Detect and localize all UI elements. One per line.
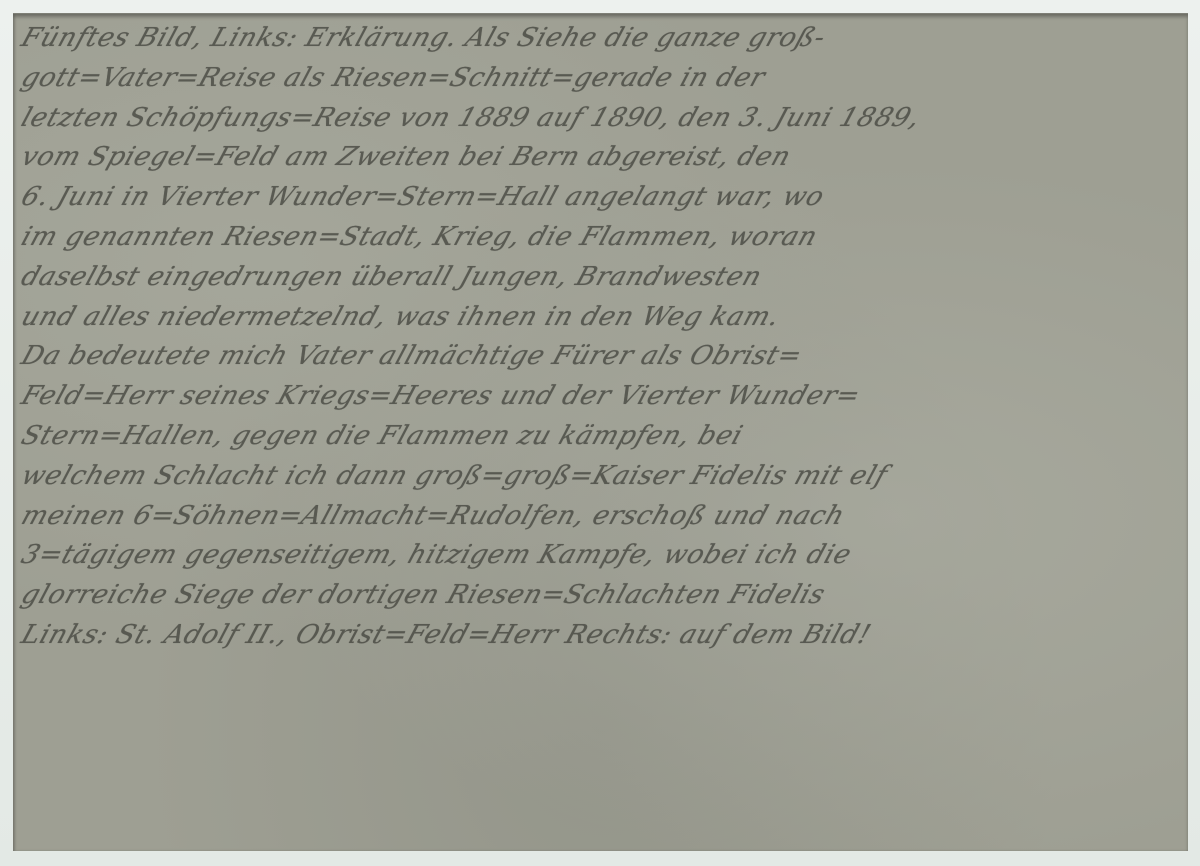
text-line-2: gott=Vater=Reise als Riesen=Schnitt=gera… xyxy=(15,56,771,100)
text-line: letzten Schöpfungs=Reise von 1889 auf 18… xyxy=(17,96,1200,136)
text-line: daselbst eingedrungen überall Jungen, Br… xyxy=(17,255,1200,295)
text-line: Fünftes Bild, Links: Erklärung. Als Sieh… xyxy=(17,16,1200,56)
text-line-7: daselbst eingedrungen überall Jungen, Br… xyxy=(15,255,768,299)
text-line: im genannten Riesen=Stadt, Krieg, die Fl… xyxy=(17,215,1200,255)
text-line: Links: St. Adolf II., Obrist=Feld=Herr R… xyxy=(17,613,1200,653)
handwritten-text: Fünftes Bild, Links: Erklärung. Als Sieh… xyxy=(23,16,1183,653)
text-line: 6. Juni in Vierter Wunder=Stern=Hall ang… xyxy=(17,175,1200,215)
text-line: meinen 6=Söhnen=Allmacht=Rudolfen, ersch… xyxy=(17,494,1200,534)
text-line: Feld=Herr seines Kriegs=Heeres und der V… xyxy=(17,374,1200,414)
text-line: vom Spiegel=Feld am Zweiten bei Bern abg… xyxy=(17,135,1200,175)
text-line-12: welchem Schlacht ich dann groß=groß=Kais… xyxy=(15,454,893,498)
manuscript-page: Fünftes Bild, Links: Erklärung. Als Sieh… xyxy=(13,13,1188,851)
text-line-3: letzten Schöpfungs=Reise von 1889 auf 18… xyxy=(15,96,926,140)
text-line-4: vom Spiegel=Feld am Zweiten bei Bern abg… xyxy=(15,135,797,179)
text-line: gott=Vater=Reise als Riesen=Schnitt=gera… xyxy=(17,56,1200,96)
text-line-9: Da bedeutete mich Vater allmächtige Füre… xyxy=(15,334,808,378)
text-line-10: Feld=Herr seines Kriegs=Heeres und der V… xyxy=(15,374,867,418)
text-line-1: Fünftes Bild, Links: Erklärung. Als Sieh… xyxy=(15,16,832,60)
text-line: und alles niedermetzelnd, was ihnen in d… xyxy=(17,295,1200,335)
text-line-13: meinen 6=Söhnen=Allmacht=Rudolfen, ersch… xyxy=(15,494,851,538)
text-line-5: 6. Juni in Vierter Wunder=Stern=Hall ang… xyxy=(15,175,830,219)
text-line-8: und alles niedermetzelnd, was ihnen in d… xyxy=(15,295,786,339)
text-line: welchem Schlacht ich dann groß=groß=Kais… xyxy=(17,454,1200,494)
text-line: glorreiche Siege der dortigen Riesen=Sch… xyxy=(17,573,1200,613)
text-line-6: im genannten Riesen=Stadt, Krieg, die Fl… xyxy=(15,215,824,259)
text-line-14: 3=tägigem gegenseitigem, hitzigem Kampfe… xyxy=(15,533,858,577)
text-line-11: Stern=Hallen, gegen die Flammen zu kämpf… xyxy=(15,414,749,458)
text-line: 3=tägigem gegenseitigem, hitzigem Kampfe… xyxy=(17,533,1200,573)
text-line: Da bedeutete mich Vater allmächtige Füre… xyxy=(17,334,1200,374)
text-line-15: glorreiche Siege der dortigen Riesen=Sch… xyxy=(15,573,831,617)
text-line: Stern=Hallen, gegen die Flammen zu kämpf… xyxy=(17,414,1200,454)
text-line-16: Links: St. Adolf II., Obrist=Feld=Herr R… xyxy=(15,613,877,657)
